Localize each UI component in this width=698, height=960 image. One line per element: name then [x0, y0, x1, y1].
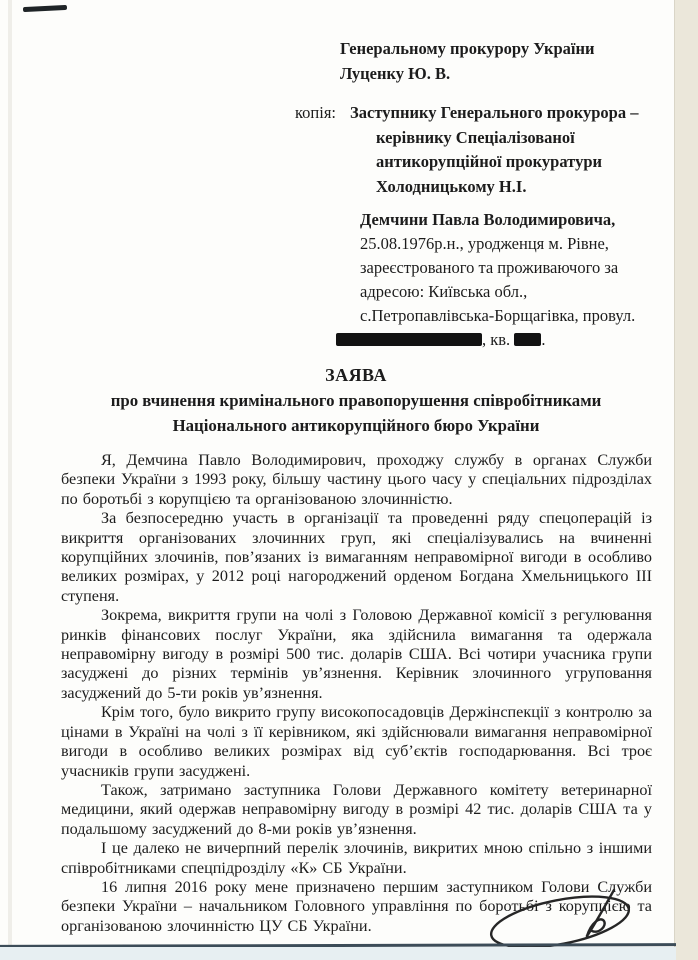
body-paragraph: Я, Демчина Павло Володимирович, проходжу…: [61, 451, 652, 509]
apartment-prefix: , кв.: [482, 330, 510, 349]
document-body: Я, Демчина Павло Володимирович, проходжу…: [61, 451, 652, 936]
redaction-bar-street: [336, 333, 482, 346]
applicant-name: Демчини Павла Володимировича,: [360, 208, 635, 232]
applicant-line: с.Петропавлівська-Борщагівка, провул.: [360, 304, 635, 328]
recipient-address-block: Генеральному прокурору України Луценку Ю…: [340, 36, 595, 86]
scan-bottom-band: [0, 947, 676, 960]
copy-line: керівнику Спеціалізованої: [350, 126, 638, 151]
line-end: .: [541, 330, 545, 349]
scan-right-edge-band: [674, 0, 698, 960]
document-title: ЗАЯВА: [61, 362, 651, 388]
body-paragraph: І це далеко не вичерпний перелік злочині…: [61, 839, 652, 878]
redaction-bar-apartment: [514, 333, 541, 346]
applicant-redacted-line: , кв. .: [336, 328, 635, 352]
body-paragraph: За безпосередню участь в організації та …: [61, 509, 652, 606]
body-paragraph: Також, затримано заступника Голови Держа…: [61, 781, 652, 839]
body-paragraph: Крім того, було викрито групу високопоса…: [61, 703, 652, 781]
copy-line: антикорупційної прокуратури: [350, 150, 638, 175]
document-title-block: ЗАЯВА про вчинення кримінального правопо…: [61, 362, 651, 438]
copy-label: копія:: [295, 101, 336, 199]
applicant-line: адресою: Київська обл.,: [360, 280, 635, 304]
applicant-details-block: Демчини Павла Володимировича, 25.08.1976…: [360, 208, 635, 352]
document-subtitle-line: Національного антикорупційного бюро Укра…: [61, 413, 651, 438]
corner-pen-mark: [23, 5, 67, 12]
copy-line: Заступнику Генерального прокурора –: [350, 101, 638, 126]
scan-left-edge-artifact: [8, 0, 12, 960]
body-paragraph: Зокрема, викриття групи на чолі з Голово…: [61, 606, 652, 703]
document-subtitle-line: про вчинення кримінального правопорушенн…: [61, 388, 651, 413]
applicant-line: зареєстрованого та проживаючого за: [360, 256, 635, 280]
copy-recipient-lines: Заступнику Генерального прокурора – кері…: [350, 101, 638, 199]
applicant-line: 25.08.1976р.н., уродженця м. Рівне,: [360, 232, 635, 256]
copy-line: Холодницькому Н.І.: [350, 175, 638, 200]
copy-recipient-block: копія: Заступнику Генерального прокурора…: [295, 101, 638, 199]
scanned-document-page: Генеральному прокурору України Луценку Ю…: [0, 0, 698, 960]
recipient-line: Луценку Ю. В.: [340, 61, 595, 86]
recipient-line: Генеральному прокурору України: [340, 36, 595, 61]
